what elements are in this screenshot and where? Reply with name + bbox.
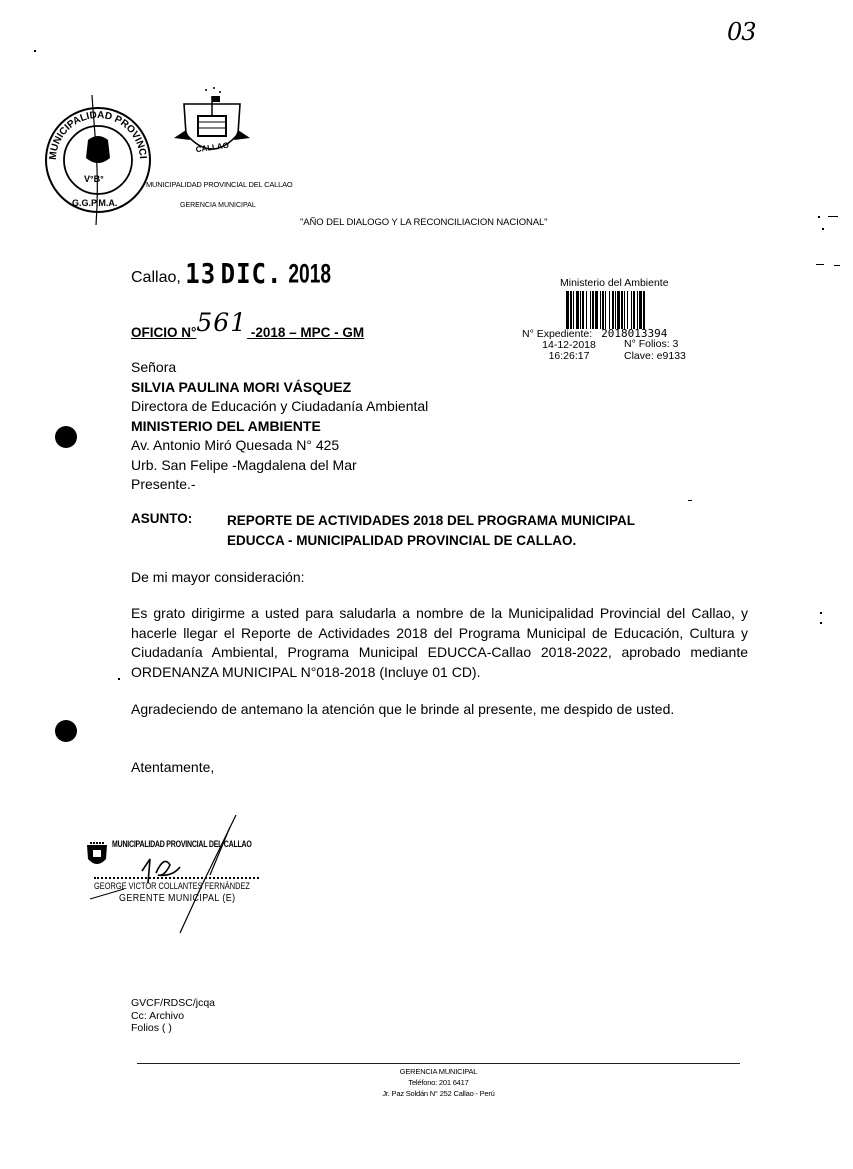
scan-dash — [828, 216, 838, 217]
reference-cc: Cc: Archivo — [131, 1010, 215, 1023]
page-number: 03 — [727, 18, 756, 46]
addressee-block: Señora SILVIA PAULINA MORI VÁSQUEZ Direc… — [131, 358, 428, 495]
addressee-name: SILVIA PAULINA MORI VÁSQUEZ — [131, 378, 428, 398]
footer-phone: Teléfono: 201 6417 — [137, 1077, 740, 1088]
year-motto: "AÑO DEL DIALOGO Y LA RECONCILIACION NAC… — [300, 217, 547, 228]
scan-speck — [118, 678, 120, 680]
oficio-suffix: -2018 – MPC - GM — [251, 325, 364, 340]
scan-dash — [688, 500, 692, 501]
signature-block: MUNICIPALIDAD PROVINCIAL DEL CALLAO GEOR… — [84, 815, 284, 935]
reception-meta: N° Folios: 3 Clave: e9133 — [624, 338, 686, 362]
subject-line2: EDUCCA - MUNICIPALIDAD PROVINCIAL DE CAL… — [227, 531, 635, 551]
greeting: De mi mayor consideración: — [131, 569, 305, 585]
scan-speck — [34, 50, 36, 52]
svg-text:CALLAO: CALLAO — [195, 141, 229, 155]
letterhead-department: GERENCIA MUNICIPAL — [180, 202, 256, 209]
reference-folios: Folios ( ) — [131, 1022, 215, 1035]
scan-dash — [816, 264, 824, 265]
addressee-address-line2: Urb. San Felipe -Magdalena del Mar — [131, 456, 428, 476]
addressee-position: Directora de Educación y Ciudadanía Ambi… — [131, 397, 428, 417]
date-stamp-day: 13 — [185, 258, 216, 290]
addressee-institution: MINISTERIO DEL AMBIENTE — [131, 417, 428, 437]
closing-line: Atentamente, — [131, 759, 214, 775]
date-stamp-year: 2018 — [288, 260, 331, 291]
reference-initials: GVCF/RDSC/jcqa — [131, 997, 215, 1010]
subject-line1: REPORTE DE ACTIVIDADES 2018 DEL PROGRAMA… — [227, 511, 635, 531]
footer-department: GERENCIA MUNICIPAL — [137, 1066, 740, 1077]
handwritten-signature-icon — [84, 815, 284, 935]
addressee-address-line1: Av. Antonio Miró Quesada N° 425 — [131, 436, 428, 456]
reception-datetime: 14-12-2018 16:26:17 — [534, 340, 604, 362]
footer: GERENCIA MUNICIPAL Teléfono: 201 6417 Jr… — [137, 1066, 740, 1099]
barcode-bar — [645, 291, 646, 329]
addressee-closing: Presente.- — [131, 475, 428, 495]
scan-speck — [822, 228, 824, 230]
svg-text:V°B°: V°B° — [84, 174, 104, 184]
svg-text:G.G.P.M.A.: G.G.P.M.A. — [72, 198, 117, 208]
thanks-line: Agradeciendo de antemano la atención que… — [131, 701, 674, 717]
scan-dash — [834, 265, 840, 266]
reception-folios: N° Folios: 3 — [624, 338, 686, 350]
reception-institution: Ministerio del Ambiente — [560, 277, 669, 289]
addressee-salutation: Señora — [131, 358, 428, 378]
scan-speck — [818, 216, 820, 218]
municipal-seal-stamp-icon: MUNICIPALIDAD PROVINCIAL DEL CALLAO V°B°… — [38, 90, 158, 230]
date-line: Callao, 13 DIC. 2018 — [131, 260, 336, 289]
footer-address: Jr. Paz Soldán N° 252 Callao - Perú — [137, 1088, 740, 1099]
letterhead-organization: MUNICIPALIDAD PROVINCIAL DEL CALLAO — [146, 180, 293, 189]
date-place: Callao, — [131, 269, 181, 286]
subject-label: ASUNTO: — [131, 511, 192, 526]
oficio-prefix: OFICIO N° — [131, 325, 196, 340]
scan-speck — [820, 612, 822, 614]
references-block: GVCF/RDSC/jcqa Cc: Archivo Folios ( ) — [131, 997, 215, 1035]
date-stamp-month: DIC. — [221, 258, 283, 290]
footer-divider — [137, 1063, 740, 1064]
subject-text: REPORTE DE ACTIVIDADES 2018 DEL PROGRAMA… — [227, 511, 635, 551]
reception-time: 16:26:17 — [534, 351, 604, 362]
body-paragraph: Es grato dirigirme a usted para saludarl… — [131, 604, 748, 682]
callao-crest-icon: CALLAO — [172, 82, 252, 164]
punch-hole — [55, 720, 77, 742]
barcode-icon — [566, 291, 706, 329]
oficio-reference: OFICIO N°561 -2018 – MPC - GM — [131, 314, 364, 343]
oficio-handwritten-number: 561 — [196, 308, 247, 337]
reception-clave: Clave: e9133 — [624, 350, 686, 362]
punch-hole — [55, 426, 77, 448]
scan-speck — [820, 622, 822, 624]
